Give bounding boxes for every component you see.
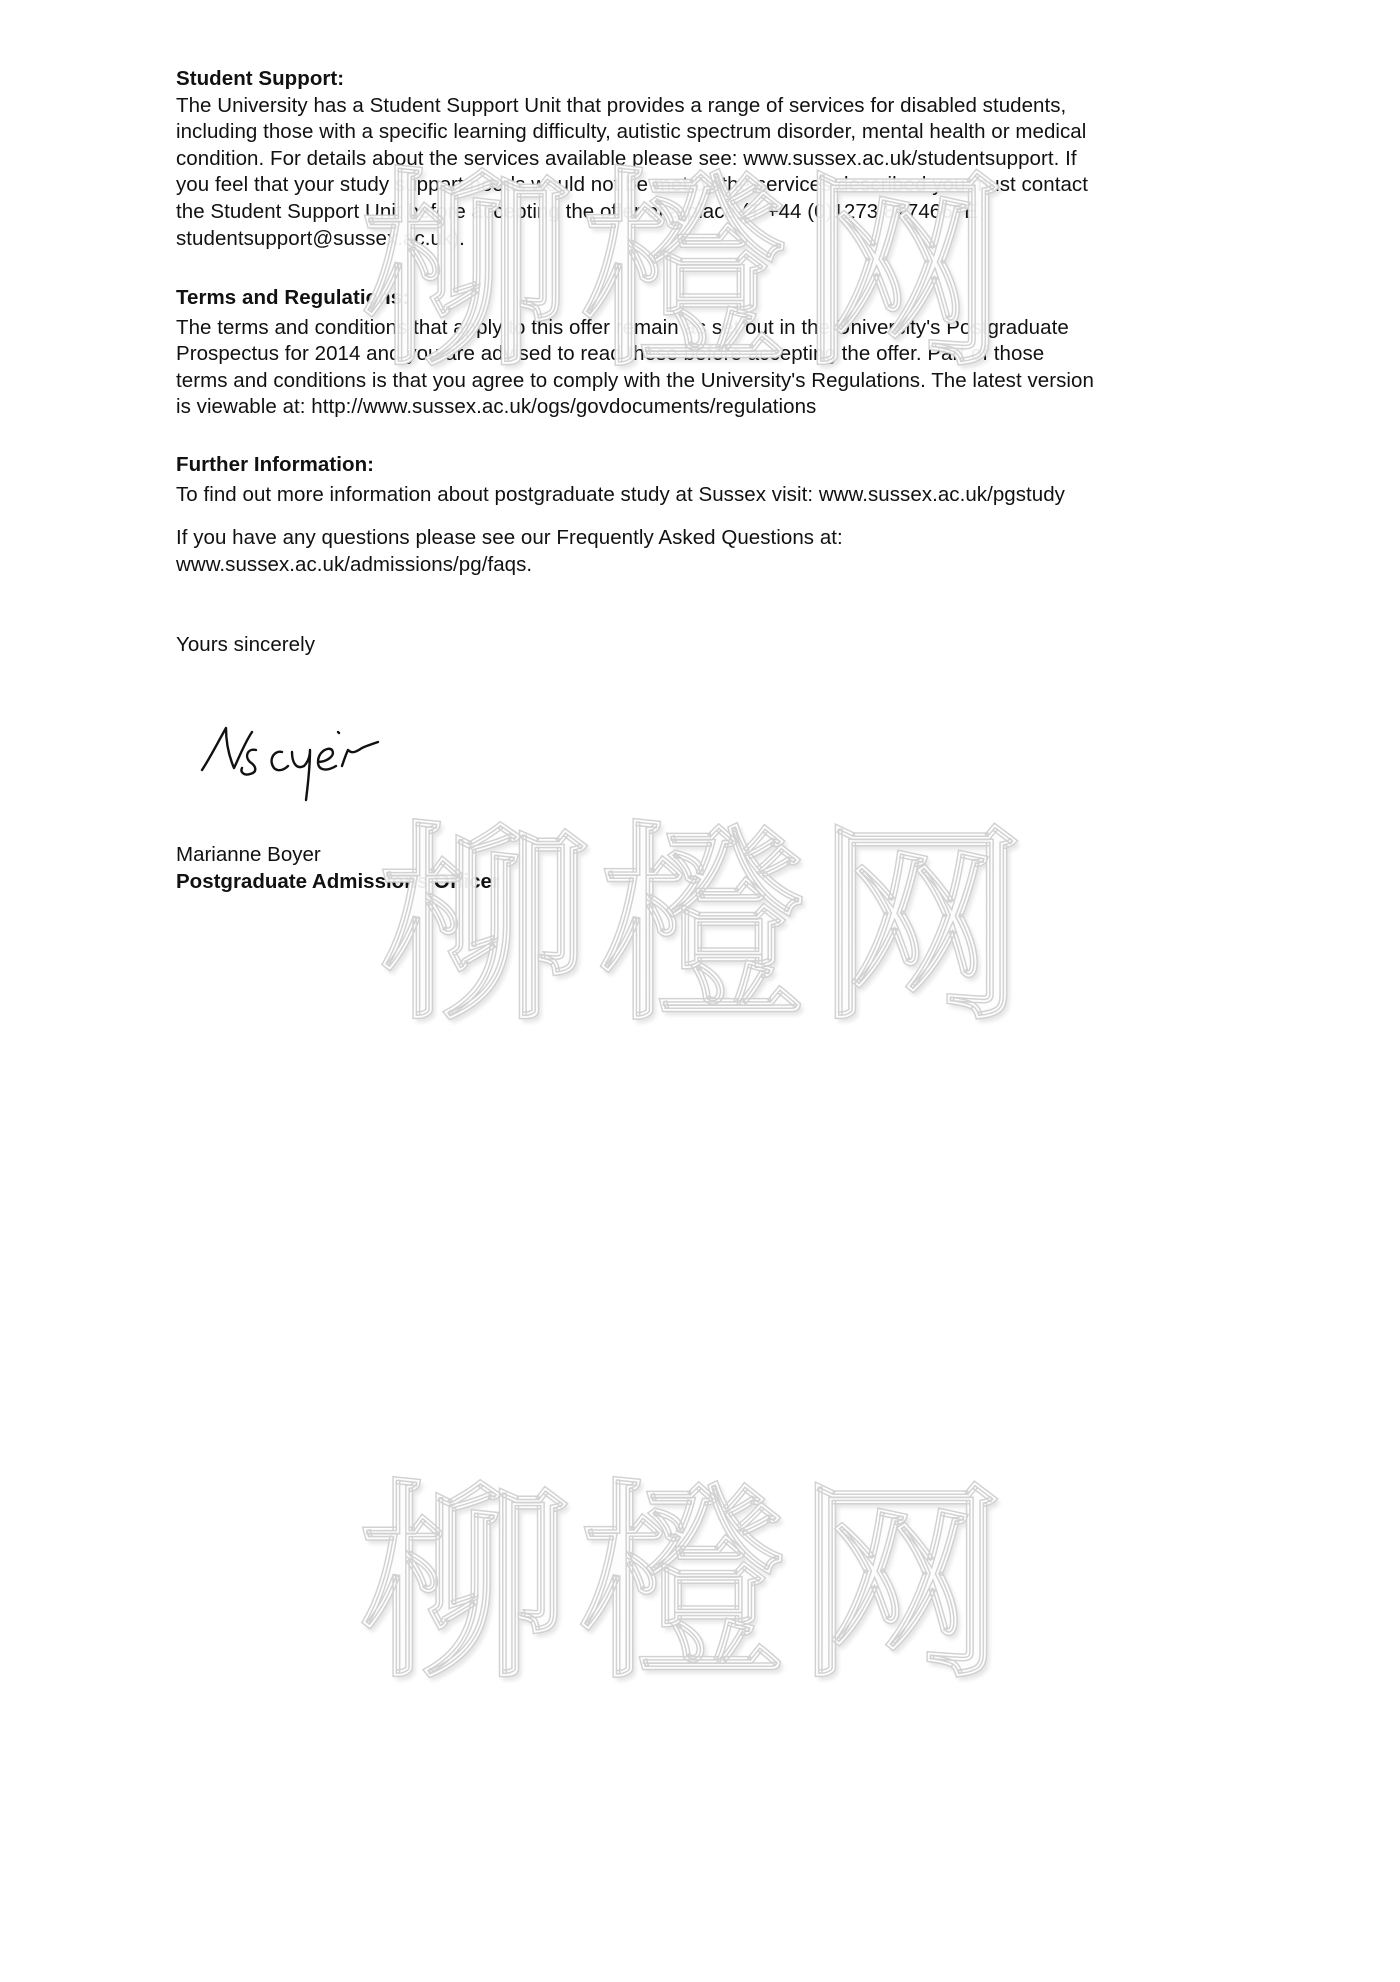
student-support-line: the Student Support Unit before acceptin… bbox=[176, 199, 1236, 226]
terms-line: The terms and conditions that apply to t… bbox=[176, 315, 1236, 342]
signer-name: Marianne Boyer bbox=[176, 842, 500, 869]
signer-title: Postgraduate Admissions Officer bbox=[176, 869, 500, 896]
faq-line: If you have any questions please see our… bbox=[176, 525, 1236, 552]
letter-page: Student Support: The University has a St… bbox=[0, 0, 1400, 1982]
terms-line: is viewable at: http://www.sussex.ac.uk/… bbox=[176, 394, 1236, 421]
signer-block: Marianne Boyer Postgraduate Admissions O… bbox=[176, 842, 500, 895]
student-support-section: Student Support: The University has a St… bbox=[176, 66, 1236, 252]
terms-line: Prospectus for 2014 and you are advised … bbox=[176, 341, 1236, 368]
terms-section: Terms and Regulations: The terms and con… bbox=[176, 285, 1236, 421]
further-info-heading: Further Information: bbox=[176, 452, 1236, 479]
terms-line: terms and conditions is that you agree t… bbox=[176, 368, 1236, 395]
pgstudy-line: To find out more information about postg… bbox=[176, 482, 1236, 509]
student-support-line: The University has a Student Support Uni… bbox=[176, 93, 1236, 120]
student-support-line: studentsupport@sussex.ac.uk). bbox=[176, 226, 1236, 253]
student-support-line: including those with a specific learning… bbox=[176, 119, 1236, 146]
faq-url-line: www.sussex.ac.uk/admissions/pg/faqs. bbox=[176, 552, 1236, 579]
signature-icon bbox=[196, 722, 426, 812]
student-support-line: you feel that your study support needs w… bbox=[176, 172, 1236, 199]
closing-text: Yours sincerely bbox=[176, 632, 1236, 659]
further-info-section: Further Information: To find out more in… bbox=[176, 452, 1236, 578]
terms-heading: Terms and Regulations: bbox=[176, 285, 1236, 312]
student-support-heading: Student Support: bbox=[176, 66, 1236, 93]
student-support-line: condition. For details about the service… bbox=[176, 146, 1236, 173]
watermark-text: 柳橙网 bbox=[360, 1480, 1014, 1690]
closing: Yours sincerely bbox=[176, 632, 1236, 659]
